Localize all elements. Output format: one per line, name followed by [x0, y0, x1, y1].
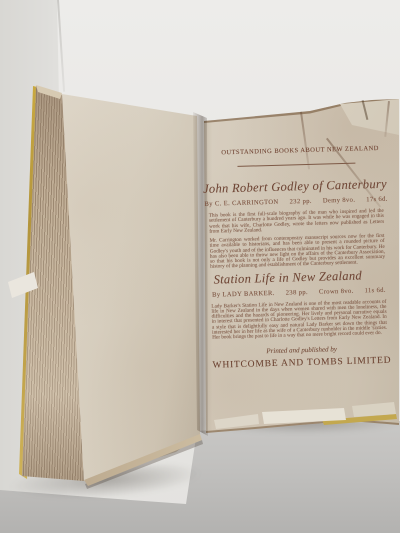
book-format: Demy 8vo.: [323, 197, 356, 205]
book-pages: 232 pp.: [290, 198, 312, 206]
book-author: By LADY BARKER.: [212, 289, 275, 298]
book-author: By C. E. CARRINGTON: [204, 199, 278, 208]
book-description: Lady Barker's Station Life in New Zealan…: [202, 299, 399, 341]
book-entry: Station Life in New Zealand By LADY BARK…: [201, 267, 399, 341]
book-description: Mr. Carrington worked from contemporary …: [200, 233, 397, 270]
book-format: Crown 8vo.: [319, 287, 354, 295]
book-pages: 238 pp.: [286, 288, 308, 296]
book-byline-row: By C. E. CARRINGTON 232 pp. Demy 8vo. 17…: [199, 196, 395, 208]
book-title: John Robert Godley of Canterbury: [199, 177, 395, 196]
book-price: 17s 6d.: [366, 196, 388, 204]
book-title: Station Life in New Zealand: [201, 267, 397, 286]
book-entry: John Robert Godley of Canterbury By C. E…: [199, 177, 397, 271]
book-price: 11s 6d.: [364, 286, 385, 294]
book-description: This book is the first full-scale biogra…: [200, 209, 397, 235]
header-rule: [237, 163, 355, 167]
book-byline-row: By LADY BARKER. 238 pp. Crown 8vo. 11s 6…: [202, 286, 398, 298]
jacket-text-block: OUTSTANDING BOOKS ABOUT NEW ZEALAND John…: [198, 145, 400, 373]
book-photo: OUTSTANDING BOOKS ABOUT NEW ZEALAND John…: [0, 0, 400, 533]
